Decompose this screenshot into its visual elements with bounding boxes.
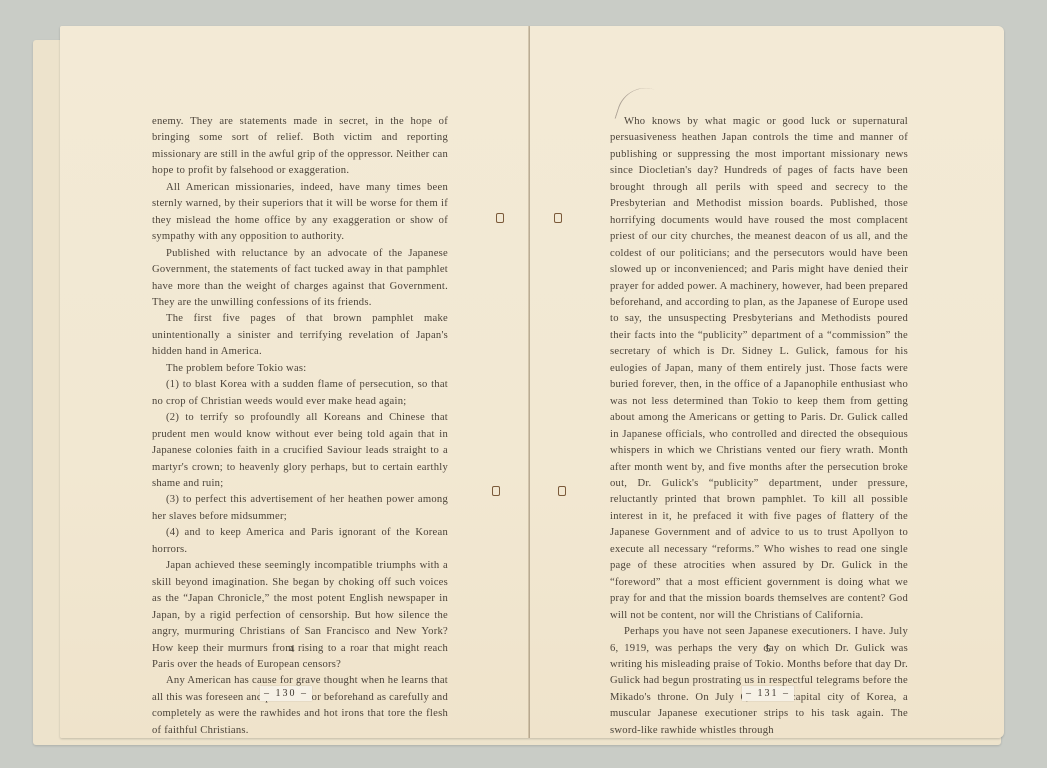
page-folio: 5 [758,644,778,655]
right-page: Who knows by what magic or good luck or … [530,26,1004,738]
paragraph: All American missionaries, indeed, have … [152,180,448,246]
left-page: enemy. They are statements made in secre… [60,26,530,738]
paragraph: Any American has cause for grave thought… [152,673,448,739]
list-item: (2) to terrify so profoundly all Koreans… [152,410,448,492]
paragraph: Perhaps you have not seen Japanese execu… [610,624,908,739]
list-item: (3) to perfect this advertisement of her… [152,492,448,525]
archive-page-number: – 130 – [260,686,312,701]
paragraph: The first five pages of that brown pamph… [152,311,448,360]
staple-hole-mark [492,486,500,496]
staple-hole-mark [554,213,562,223]
paragraph: enemy. They are statements made in secre… [152,114,448,180]
open-booklet-spread: enemy. They are statements made in secre… [60,26,1004,738]
staple-hole-mark [558,486,566,496]
paragraph: Japan achieved these seemingly incompati… [152,558,448,673]
list-item: (4) and to keep America and Paris ignora… [152,525,448,558]
page-folio: 4 [282,644,302,655]
paragraph: Who knows by what magic or good luck or … [610,114,908,624]
paragraph: Published with reluctance by an advocate… [152,246,448,312]
paragraph: The problem before Tokio was: [152,361,448,377]
list-item: (1) to blast Korea with a sudden flame o… [152,377,448,410]
staple-hole-mark [496,213,504,223]
archive-page-number: – 131 – [742,686,794,701]
